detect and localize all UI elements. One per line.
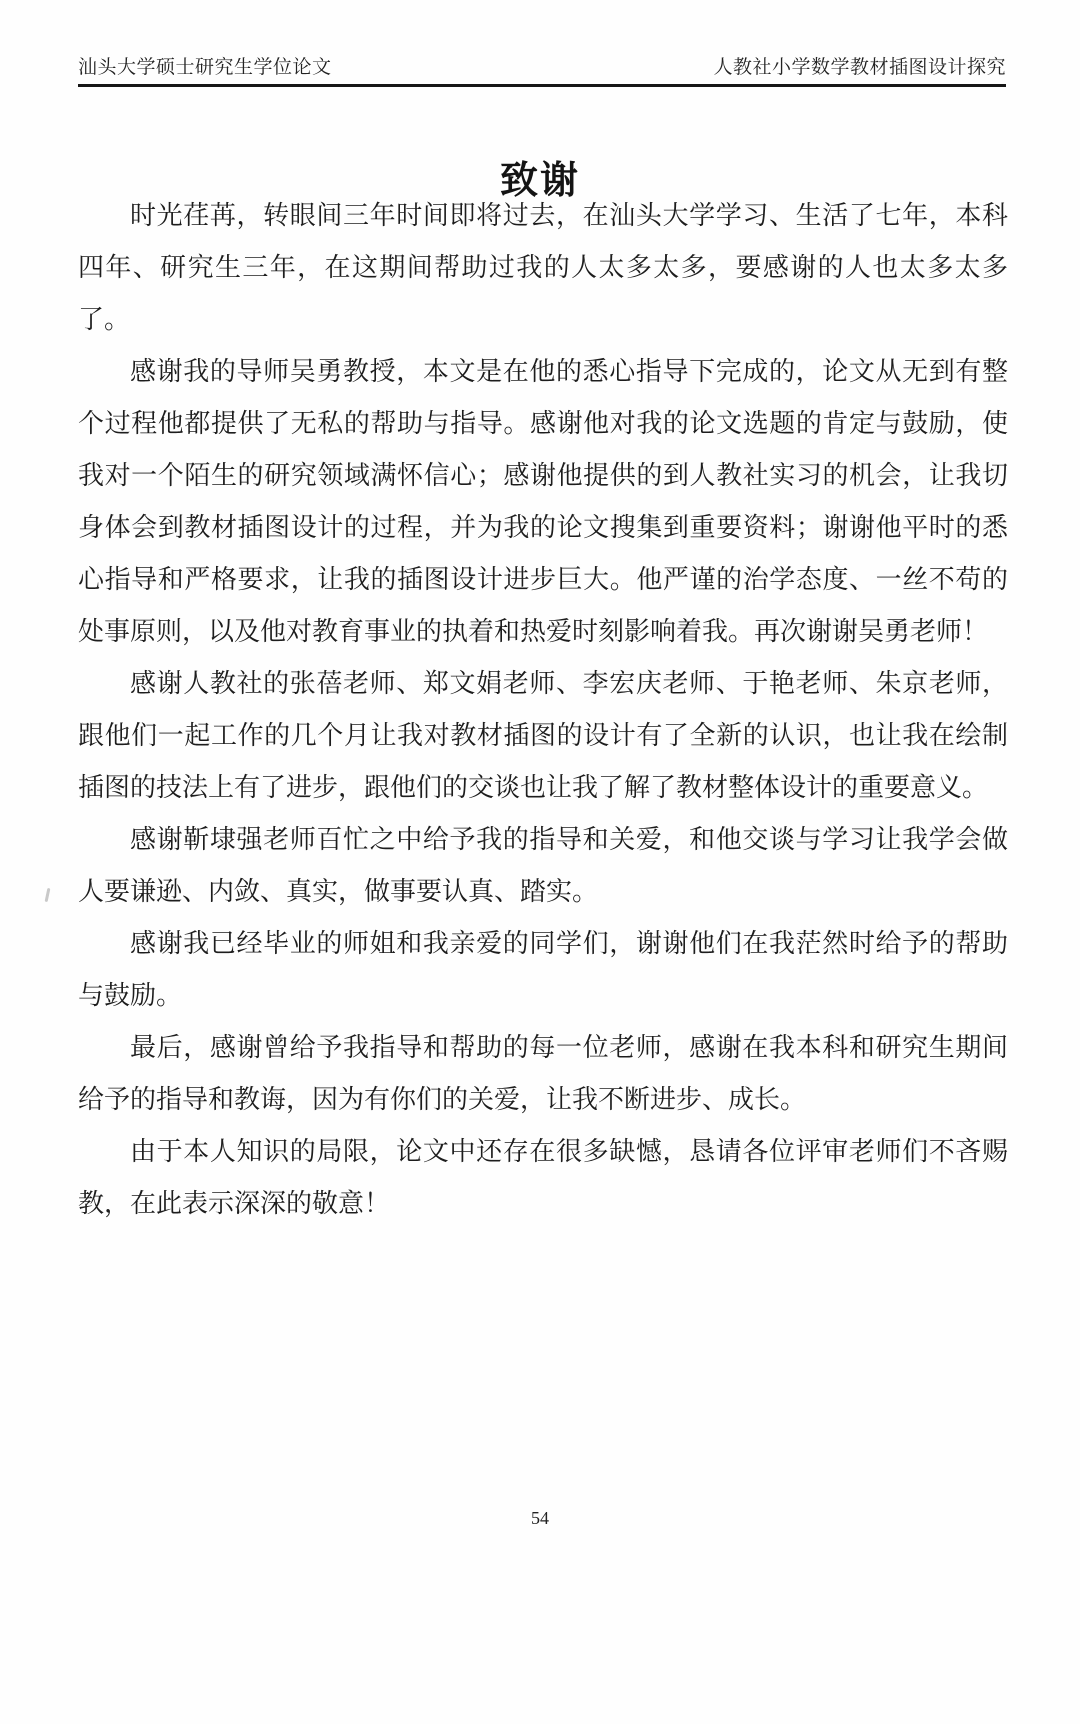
header-right-text: 人教社小学数学教材插图设计探究	[713, 52, 1006, 79]
body-paragraph: 感谢靳埭强老师百忙之中给予我的指导和关爱，和他交谈与学习让我学会做人要谦逊、内敛…	[78, 814, 1008, 918]
page-number: 54	[0, 1508, 1080, 1529]
body-paragraph: 感谢人教社的张蓓老师、郑文娟老师、李宏庆老师、于艳老师、朱京老师，跟他们一起工作…	[78, 658, 1008, 814]
body-paragraph: 由于本人知识的局限，论文中还存在很多缺憾，恳请各位评审老师们不吝赐教，在此表示深…	[78, 1126, 1008, 1230]
page-header: 汕头大学硕士研究生学位论文 人教社小学数学教材插图设计探究	[78, 52, 1006, 79]
acknowledgement-body: 时光荏苒，转眼间三年时间即将过去，在汕头大学学习、生活了七年，本科四年、研究生三…	[78, 190, 1008, 1230]
header-divider	[78, 84, 1006, 87]
thesis-page: 汕头大学硕士研究生学位论文 人教社小学数学教材插图设计探究 致谢 时光荏苒，转眼…	[0, 0, 1080, 1724]
body-paragraph: 最后，感谢曾给予我指导和帮助的每一位老师，感谢在我本科和研究生期间给予的指导和教…	[78, 1022, 1008, 1126]
header-left-text: 汕头大学硕士研究生学位论文	[78, 52, 332, 79]
body-paragraph: 感谢我的导师吴勇教授，本文是在他的悉心指导下完成的，论文从无到有整个过程他都提供…	[78, 346, 1008, 658]
body-paragraph: 感谢我已经毕业的师姐和我亲爱的同学们，谢谢他们在我茫然时给予的帮助与鼓励。	[78, 918, 1008, 1022]
body-paragraph: 时光荏苒，转眼间三年时间即将过去，在汕头大学学习、生活了七年，本科四年、研究生三…	[78, 190, 1008, 346]
scan-artifact	[45, 888, 51, 902]
